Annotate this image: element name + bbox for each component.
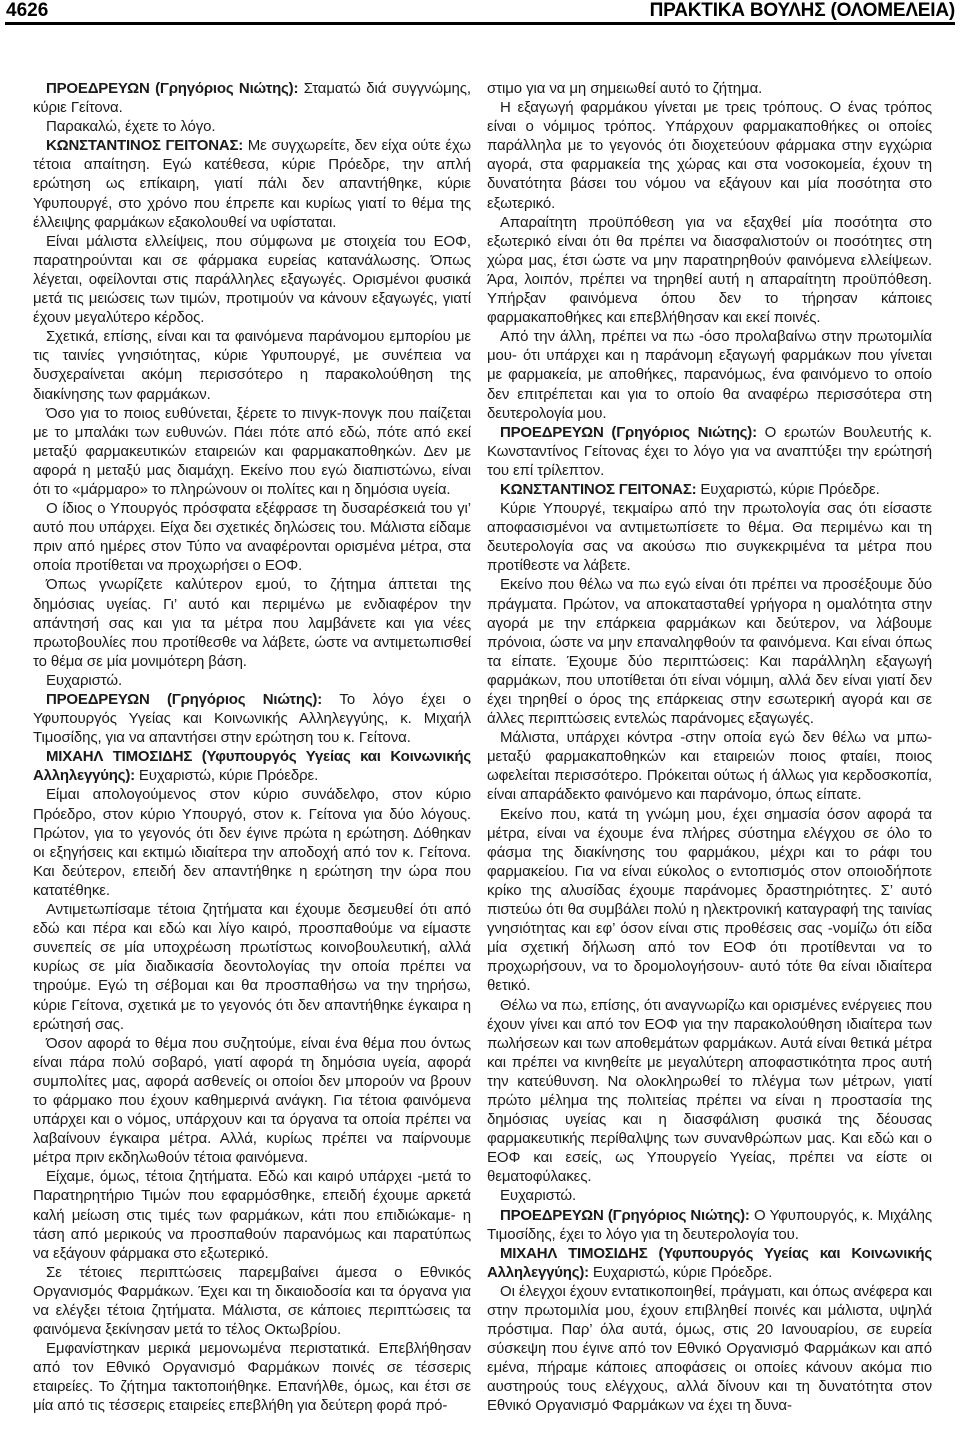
paragraph: Όσον αφορά το θέμα που συζητούμε, είναι … [33,1034,471,1168]
paragraph: Παρακαλώ, έχετε το λόγο. [33,117,471,136]
paragraph: ΠΡΟΕΔΡΕΥΩΝ (Γρηγόριος Νιώτης): Το λόγο έ… [33,690,471,747]
column-right: στιμο για να μη σημειωθεί αυτό το ζήτημα… [487,79,932,1437]
paragraph: Είχαμε, όμως, τέτοια ζητήματα. Εδώ και κ… [33,1167,471,1262]
paragraph: ΠΡΟΕΔΡΕΥΩΝ (Γρηγόριος Νιώτης): Σταματώ δ… [33,79,471,117]
speech-text: Ευχαριστώ, κύριε Πρόεδρε. [700,481,879,498]
paragraph: Αντιμετωπίσαμε τέτοια ζητήματα και έχουμ… [33,900,471,1034]
speech-text: Οι έλεγχοι έχουν εντατικοποιηθεί, πράγμα… [487,1283,932,1415]
paragraph: ΚΩΝΣΤΑΝΤΙΝΟΣ ΓΕΙΤΟΝΑΣ: Ευχαριστώ, κύριε … [487,480,932,499]
paragraph: Ο ίδιος ο Υπουργός πρόσφατα εξέφρασε τη … [33,499,471,575]
paragraph: Όπως γνωρίζετε καλύτερον εμού, το ζήτημα… [33,575,471,670]
speech-text: Όσο για το ποιος ευθύνεται, ξέρετε το πι… [33,405,471,498]
speech-text: Εμφανίστηκαν μερικά μεμονωμένα περιστατι… [33,1340,471,1414]
speech-text: Από την άλλη, πρέπει να πω -όσο προλαβαί… [487,328,932,421]
paragraph: ΚΩΝΣΤΑΝΤΙΝΟΣ ΓΕΙΤΟΝΑΣ: Με συγχωρείτε, δε… [33,136,471,231]
speaker-name: ΠΡΟΕΔΡΕΥΩΝ (Γρηγόριος Νιώτης): [46,80,304,97]
paragraph: στιμο για να μη σημειωθεί αυτό το ζήτημα… [487,79,932,98]
speech-text: Σε τέτοιες περιπτώσεις παρεμβαίνει άμεσα… [33,1264,471,1338]
paragraph: Μάλιστα, υπάρχει κόντρα -στην οποία εγώ … [487,728,932,804]
speech-text: Θέλω να πω, επίσης, ότι αναγνωρίζω και ο… [487,997,932,1186]
speech-text: Η εξαγωγή φαρμάκου γίνεται με τρεις τρόπ… [487,99,932,211]
paragraph: Ευχαριστώ. [487,1186,932,1205]
speech-text: Μάλιστα, υπάρχει κόντρα -στην οποία εγώ … [487,729,932,803]
speech-text: Σχετικά, επίσης, είναι και τα φαινόμενα … [33,328,471,402]
speech-text: Εκείνο που θέλω να πω εγώ είναι ότι πρέπ… [487,576,932,727]
speech-text: Όπως γνωρίζετε καλύτερον εμού, το ζήτημα… [33,576,471,669]
page-number: 4626 [6,0,48,22]
paragraph: ΠΡΟΕΔΡΕΥΩΝ (Γρηγόριος Νιώτης): Ο Υφυπουρ… [487,1206,932,1244]
paragraph: ΜΙΧΑΗΛ ΤΙΜΟΣΙΔΗΣ (Υφυπουργός Υγείας και … [487,1244,932,1282]
speech-text: Ευχαριστώ, κύριε Πρόεδρε. [593,1264,772,1281]
speaker-name: ΠΡΟΕΔΡΕΥΩΝ (Γρηγόριος Νιώτης): [46,691,339,708]
speech-text: Απαραίτητη προϋπόθεση για να εξαχθεί μία… [487,214,932,326]
speech-text: Ευχαριστώ, κύριε Πρόεδρε. [139,767,318,784]
column-left: ΠΡΟΕΔΡΕΥΩΝ (Γρηγόριος Νιώτης): Σταματώ δ… [33,79,471,1437]
paragraph: Απαραίτητη προϋπόθεση για να εξαχθεί μία… [487,213,932,328]
paragraph: Όσο για το ποιος ευθύνεται, ξέρετε το πι… [33,404,471,499]
paragraph: ΠΡΟΕΔΡΕΥΩΝ (Γρηγόριος Νιώτης): Ο ερωτών … [487,423,932,480]
proceedings-page: 4626 ΠΡΑΚΤΙΚΑ ΒΟΥΛΗΣ (ΟΛΟΜΕΛΕΙΑ) ΠΡΟΕΔΡΕ… [0,0,960,1437]
paragraph: Οι έλεγχοι έχουν εντατικοποιηθεί, πράγμα… [487,1282,932,1416]
paragraph: Είμαι απολογούμενος στον κύριο συνάδελφο… [33,785,471,900]
speaker-name: ΠΡΟΕΔΡΕΥΩΝ (Γρηγόριος Νιώτης): [500,424,765,441]
paragraph: Ευχαριστώ. [33,671,471,690]
speech-text: Όσον αφορά το θέμα που συζητούμε, είναι … [33,1035,471,1167]
speech-text: Είμαι απολογούμενος στον κύριο συνάδελφο… [33,786,471,898]
speech-text: Ο ίδιος ο Υπουργός πρόσφατα εξέφρασε τη … [33,500,471,574]
paragraph: Είναι μάλιστα ελλείψεις, που σύμφωνα με … [33,232,471,327]
speech-text: Ευχαριστώ. [500,1187,576,1204]
paragraph: Σε τέτοιες περιπτώσεις παρεμβαίνει άμεσα… [33,1263,471,1339]
paragraph: ΜΙΧΑΗΛ ΤΙΜΟΣΙΔΗΣ (Υφυπουργός Υγείας και … [33,747,471,785]
speaker-name: ΠΡΟΕΔΡΕΥΩΝ (Γρηγόριος Νιώτης): [500,1207,754,1224]
paragraph: Θέλω να πω, επίσης, ότι αναγνωρίζω και ο… [487,996,932,1187]
paragraph: Εκείνο που θέλω να πω εγώ είναι ότι πρέπ… [487,575,932,728]
speech-text: Κύριε Υπουργέ, τεκμαίρω από την πρωτολογ… [487,500,932,574]
speech-text: στιμο για να μη σημειωθεί αυτό το ζήτημα… [487,80,762,97]
speaker-name: ΚΩΝΣΤΑΝΤΙΝΟΣ ΓΕΙΤΟΝΑΣ: [46,137,248,154]
paragraph: Κύριε Υπουργέ, τεκμαίρω από την πρωτολογ… [487,499,932,575]
speech-text: Είναι μάλιστα ελλείψεις, που σύμφωνα με … [33,233,471,326]
speaker-name: ΚΩΝΣΤΑΝΤΙΝΟΣ ΓΕΙΤΟΝΑΣ: [500,481,700,498]
speech-text: Παρακαλώ, έχετε το λόγο. [46,118,216,135]
paragraph: Σχετικά, επίσης, είναι και τα φαινόμενα … [33,327,471,403]
speech-text: Εκείνο που, κατά τη γνώμη μου, έχει σημα… [487,806,932,995]
speech-text: Αντιμετωπίσαμε τέτοια ζητήματα και έχουμ… [33,901,471,1033]
paragraph: Από την άλλη, πρέπει να πω -όσο προλαβαί… [487,327,932,422]
header-title: ΠΡΑΚΤΙΚΑ ΒΟΥΛΗΣ (ΟΛΟΜΕΛΕΙΑ) [650,0,955,22]
speech-text: Ευχαριστώ. [46,672,122,689]
paragraph: Η εξαγωγή φαρμάκου γίνεται με τρεις τρόπ… [487,98,932,213]
paragraph: Εκείνο που, κατά τη γνώμη μου, έχει σημα… [487,805,932,996]
header-rule [5,22,955,25]
paragraph: Εμφανίστηκαν μερικά μεμονωμένα περιστατι… [33,1339,471,1415]
speech-text: Είχαμε, όμως, τέτοια ζητήματα. Εδώ και κ… [33,1168,471,1261]
